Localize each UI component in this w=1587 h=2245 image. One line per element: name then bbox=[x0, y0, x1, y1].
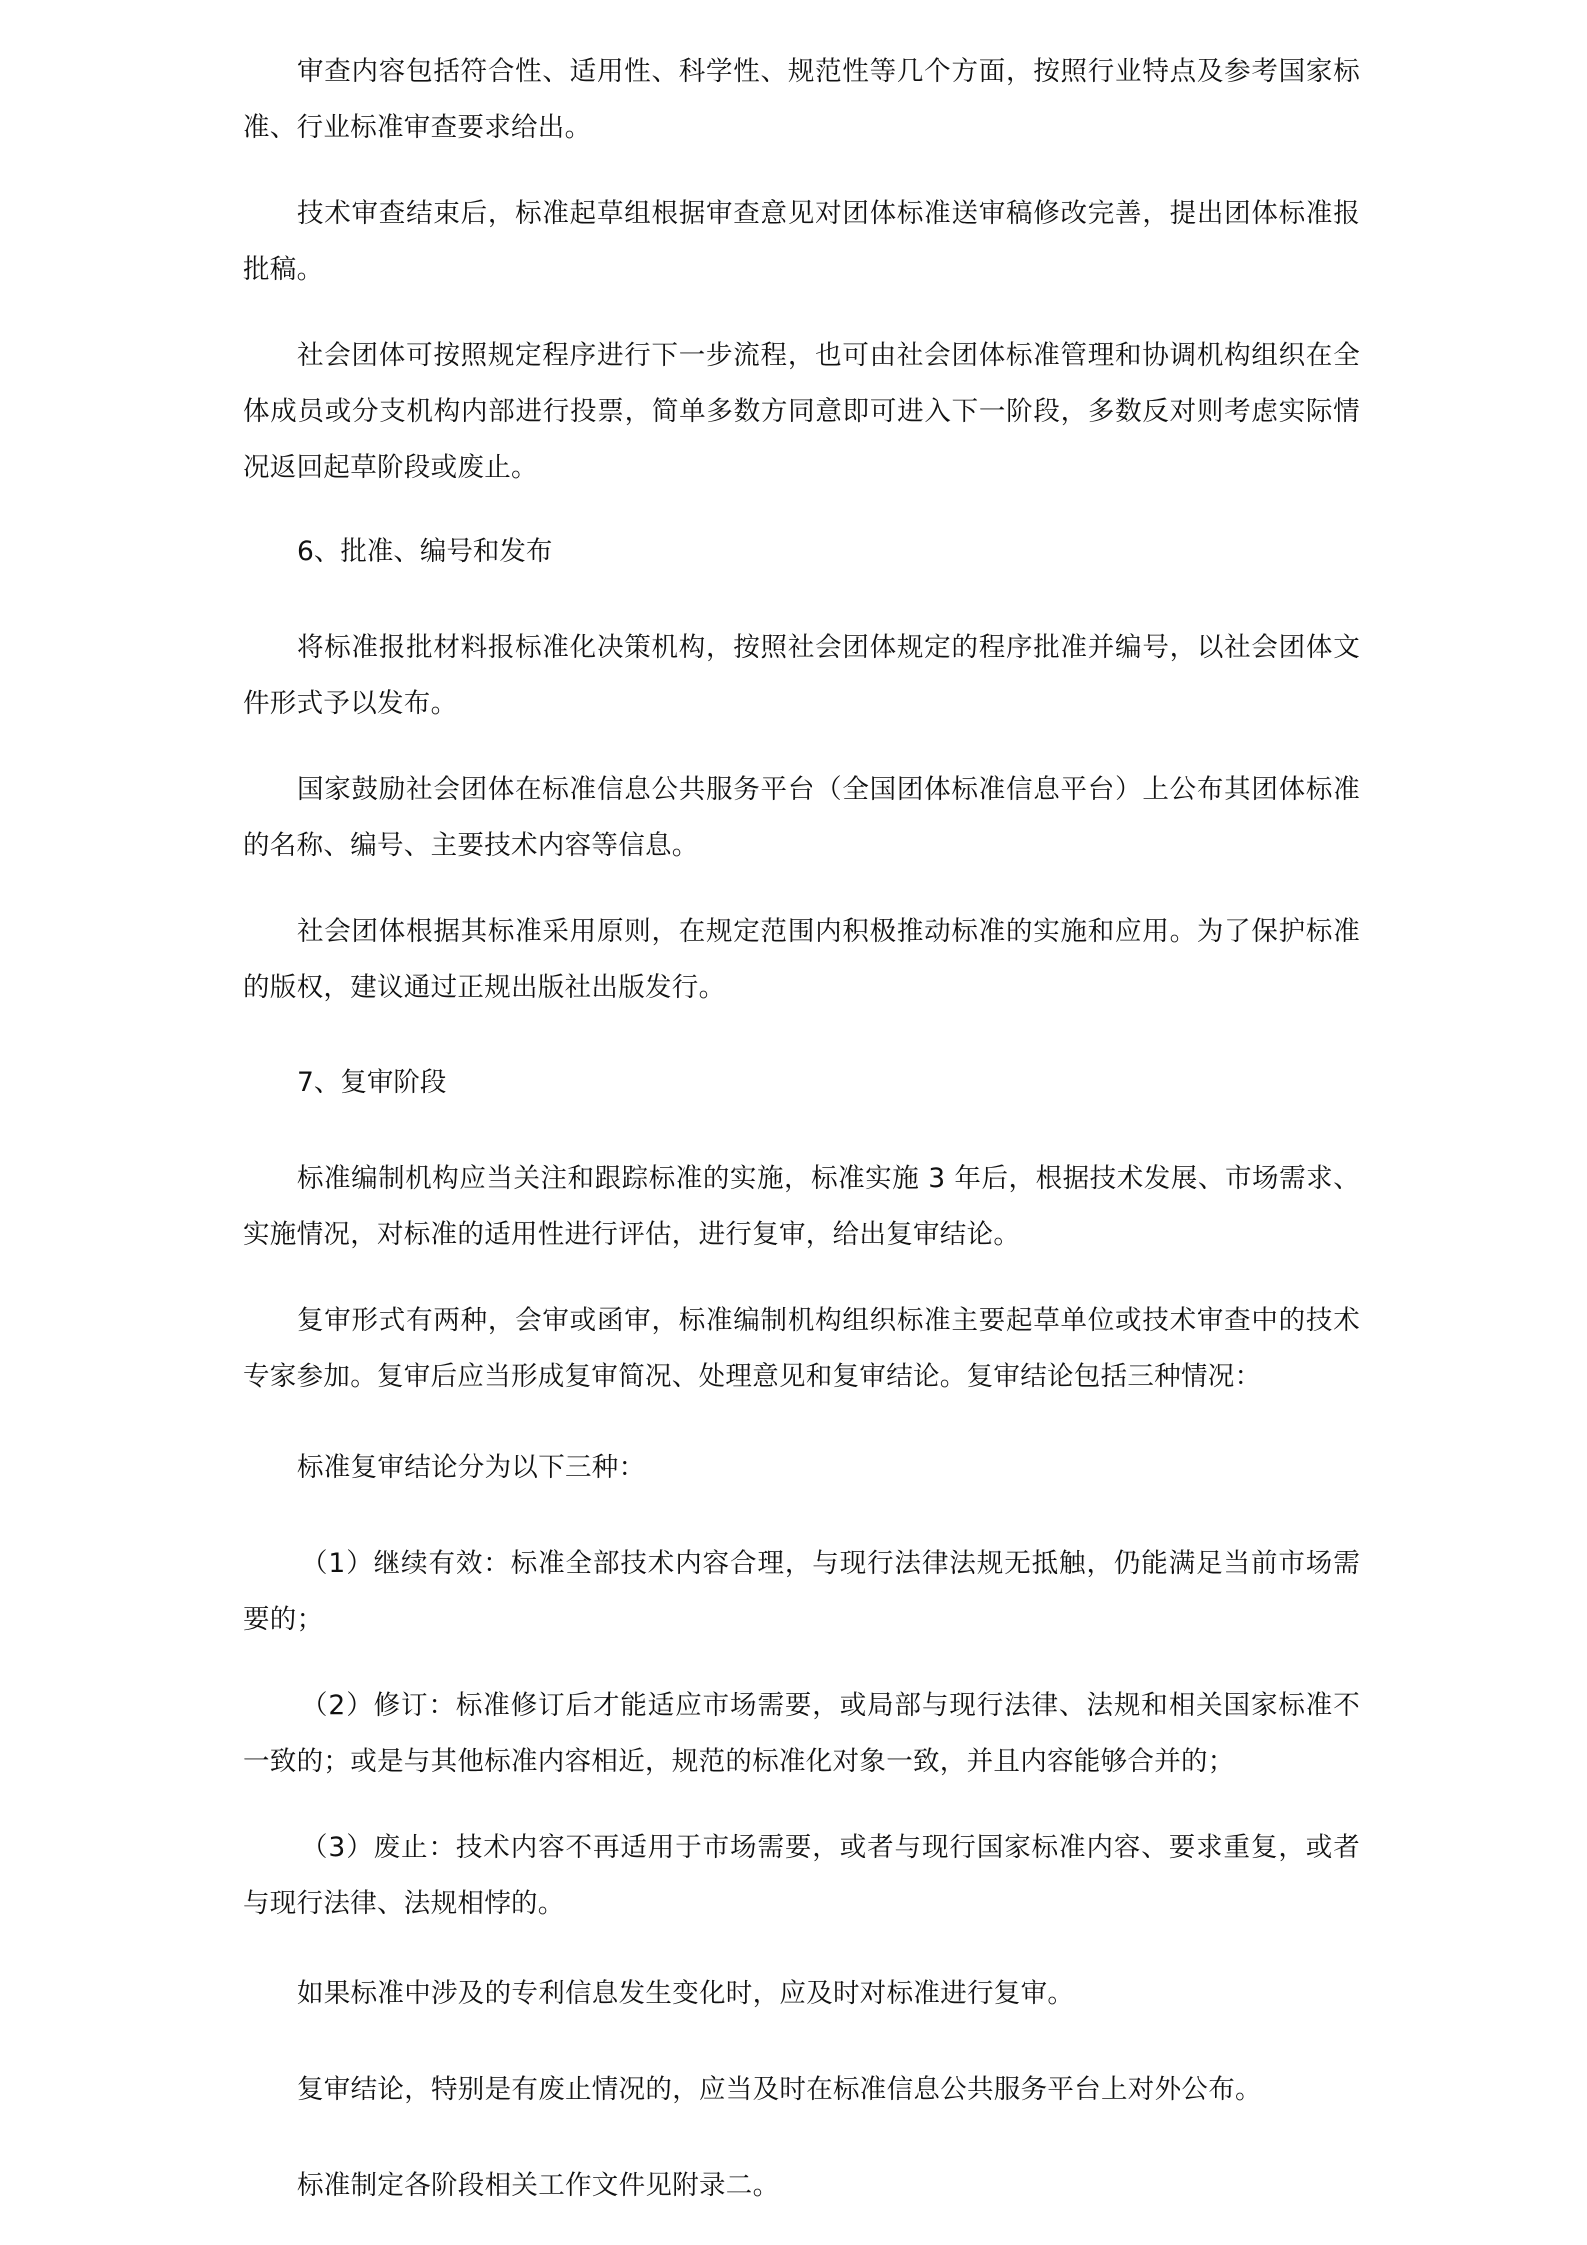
paragraph-conclusion-publication: 复审结论，特别是有废止情况的，应当及时在标准信息公共服务平台上对外公布。 bbox=[243, 2062, 1360, 2118]
paragraph-voting-process: 社会团体可按照规定程序进行下一步流程，也可由社会团体标准管理和协调机构组织在全体… bbox=[243, 328, 1360, 496]
paragraph-copyright-publishing: 社会团体根据其标准采用原则，在规定范围内积极推动标准的实施和应用。为了保护标准的… bbox=[243, 904, 1360, 1016]
paragraph-approval-numbering: 将标准报批材料报标准化决策机构，按照社会团体规定的程序批准并编号，以社会团体文件… bbox=[243, 620, 1360, 732]
section-heading-approval: 6、批准、编号和发布 bbox=[297, 524, 552, 580]
paragraph-publication-platform: 国家鼓励社会团体在标准信息公共服务平台（全国团体标准信息平台）上公布其团体标准的… bbox=[243, 762, 1360, 874]
paragraph-review-content: 审查内容包括符合性、适用性、科学性、规范性等几个方面，按照行业特点及参考国家标准… bbox=[243, 44, 1360, 156]
paragraph-patent-change: 如果标准中涉及的专利信息发生变化时，应及时对标准进行复审。 bbox=[243, 1966, 1360, 2022]
list-item-revision: （2）修订：标准修订后才能适应市场需要，或局部与现行法律、法规和相关国家标准不一… bbox=[243, 1678, 1360, 1790]
section-heading-reexamination: 7、复审阶段 bbox=[297, 1055, 446, 1111]
document-page: 审查内容包括符合性、适用性、科学性、规范性等几个方面，按照行业特点及参考国家标准… bbox=[0, 0, 1587, 2245]
list-item-continue-valid: （1）继续有效：标准全部技术内容合理，与现行法律法规无抵触，仍能满足当前市场需要… bbox=[243, 1536, 1360, 1648]
paragraph-appendix-reference: 标准制定各阶段相关工作文件见附录二。 bbox=[243, 2158, 1360, 2214]
paragraph-reexamination-forms: 复审形式有两种，会审或函审，标准编制机构组织标准主要起草单位或技术审查中的技术专… bbox=[243, 1293, 1360, 1405]
paragraph-reexamination-timing: 标准编制机构应当关注和跟踪标准的实施，标准实施 3 年后，根据技术发展、市场需求… bbox=[243, 1151, 1360, 1263]
paragraph-after-technical-review: 技术审查结束后，标准起草组根据审查意见对团体标准送审稿修改完善，提出团体标准报批… bbox=[243, 186, 1360, 298]
paragraph-conclusion-types-intro: 标准复审结论分为以下三种： bbox=[243, 1440, 1360, 1496]
list-item-abolition: （3）废止：技术内容不再适用于市场需要，或者与现行国家标准内容、要求重复，或者与… bbox=[243, 1820, 1360, 1932]
